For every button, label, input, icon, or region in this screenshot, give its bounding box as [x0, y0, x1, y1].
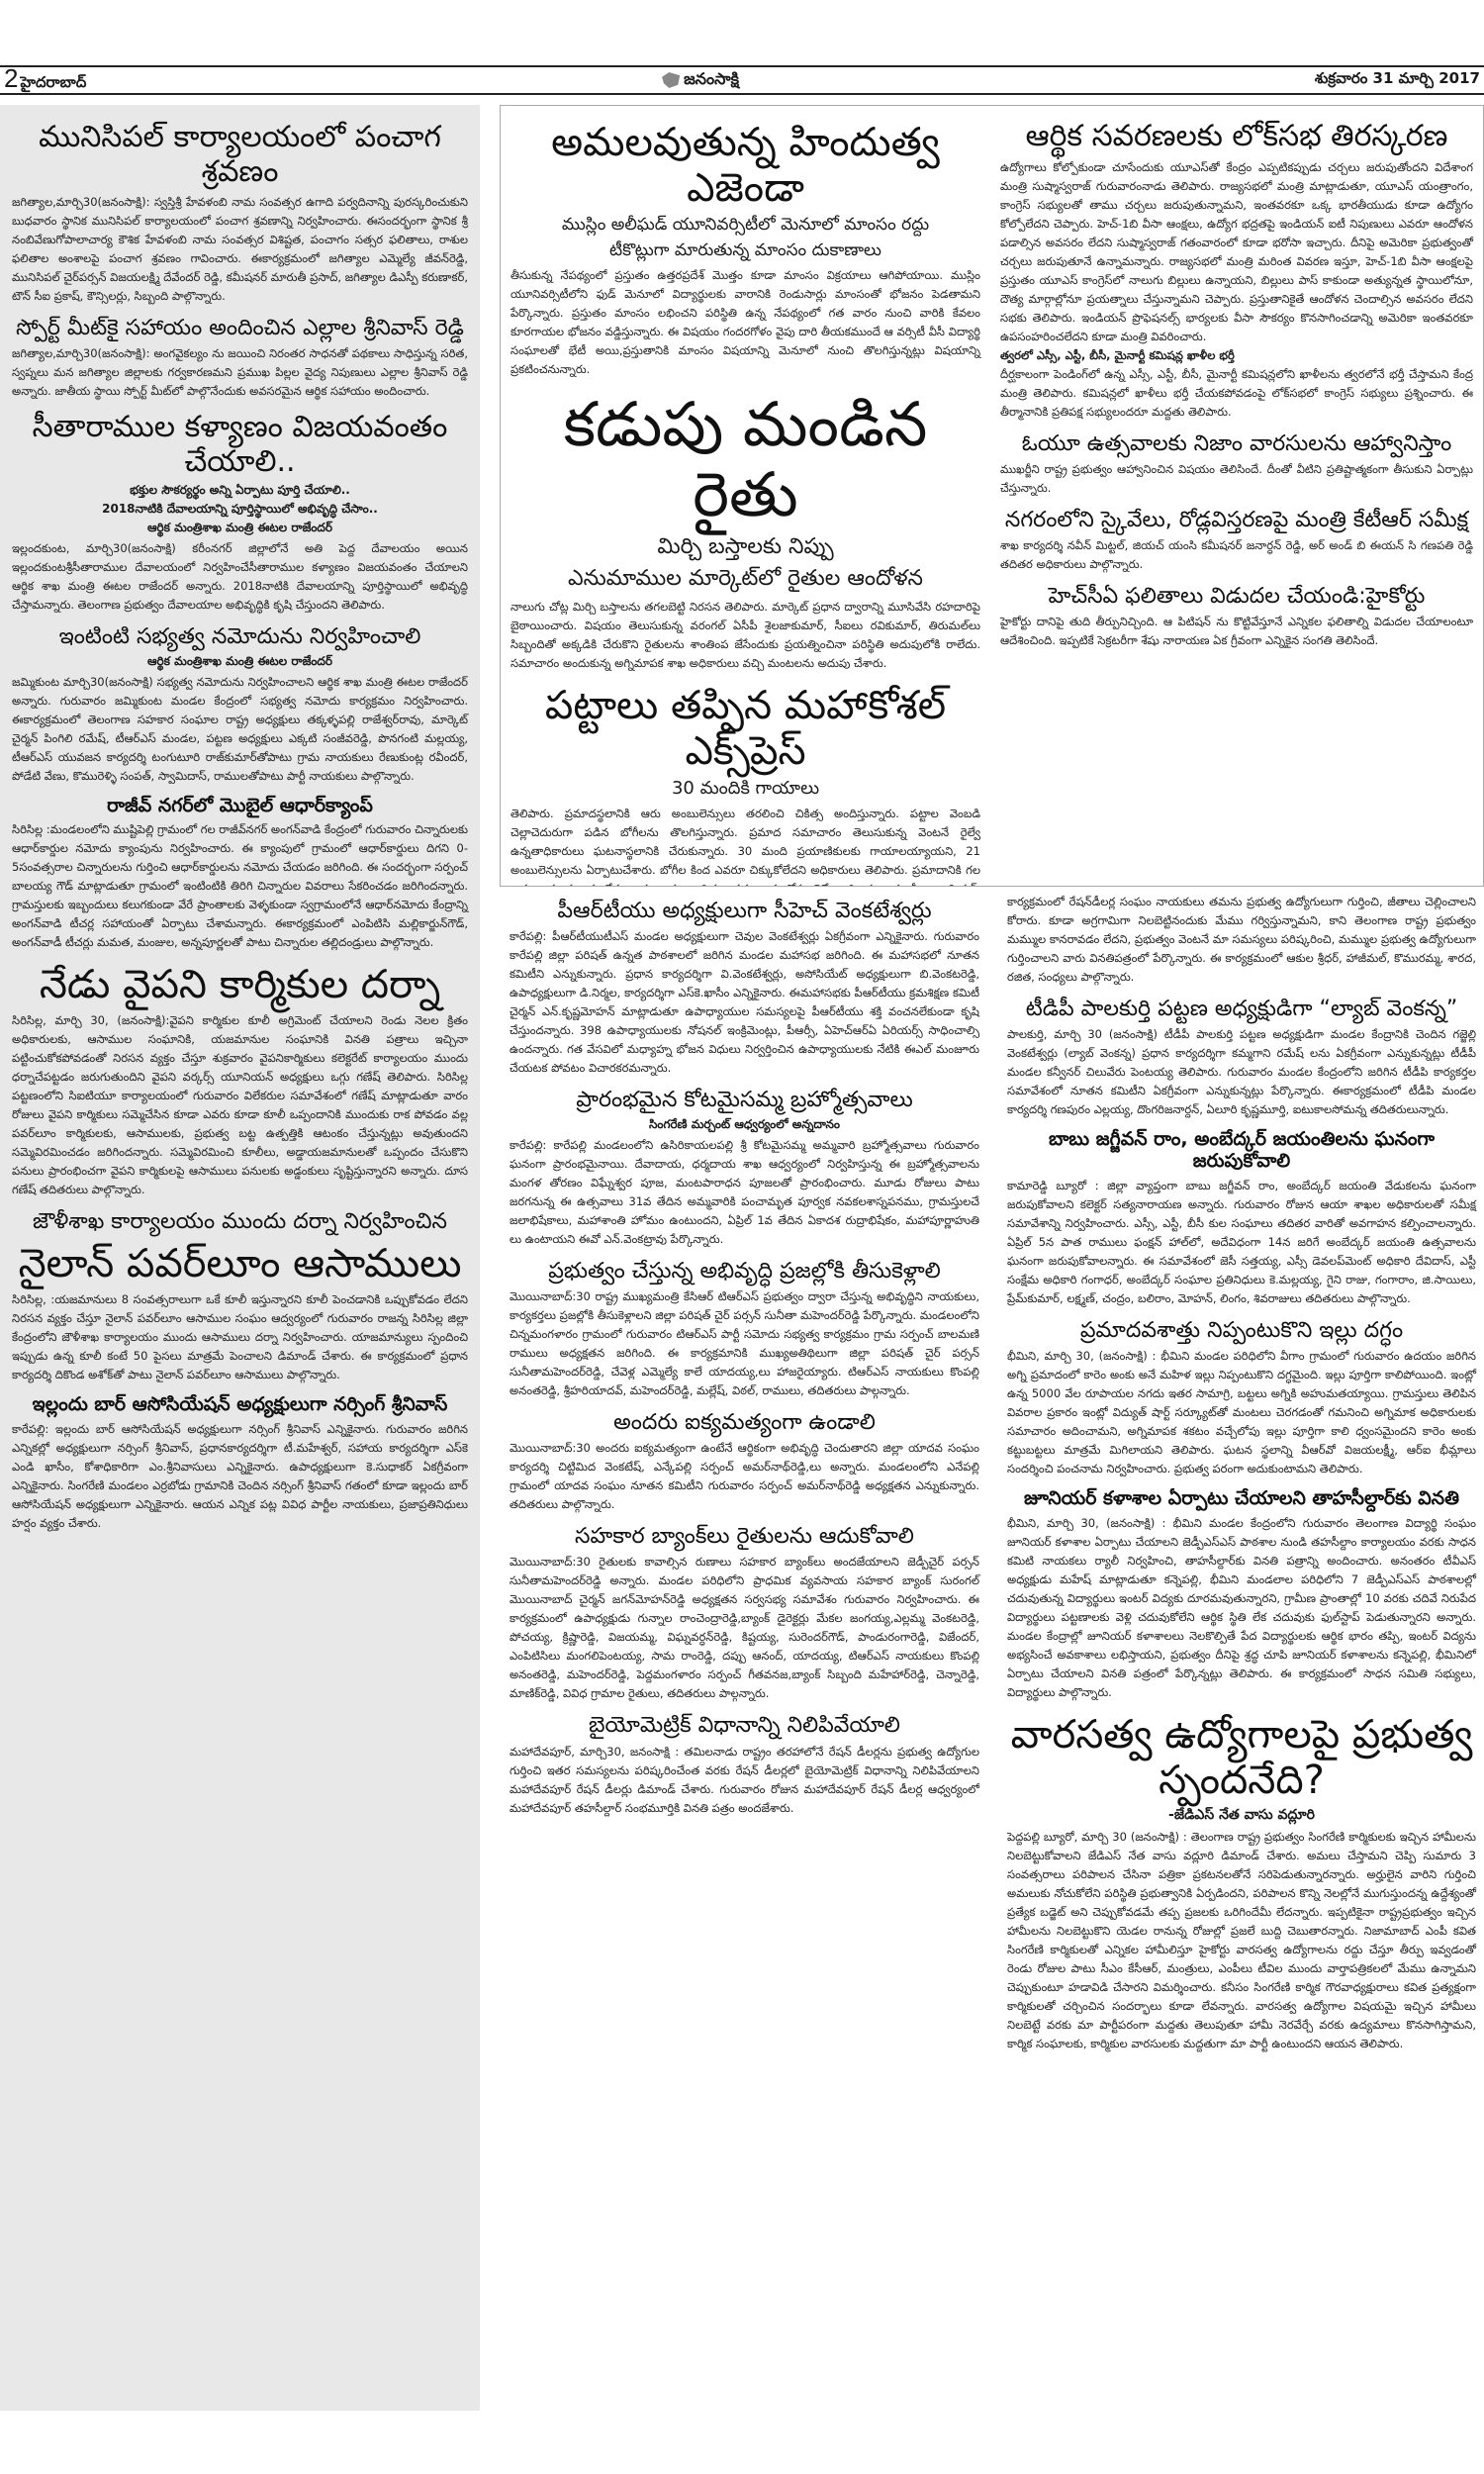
article: కార్యక్రమంలో రేషన్‌డీలర్ల సంఘం నాయకులు త… [1007, 893, 1476, 987]
article-body: హైకోర్టు దానిపై తుది తీర్పునిచ్చింది. ఆ … [1000, 613, 1473, 650]
article-headline-secondary: నైలాన్ పవర్‌లూం ఆసాములు [12, 1241, 468, 1286]
article: అమలవుతున్న హిందుత్వ ఎజెండా ముస్లిం అలీఘడ… [510, 120, 980, 379]
page-number: 2 [4, 65, 18, 91]
article-body: జమ్మికుంట మార్చి30(జనంసాక్షి) సభ్యత్వ నమ… [12, 673, 468, 786]
article: స్పోర్ట్ మీట్‌కై సహాయం అందించిన ఎల్లాల శ… [12, 316, 468, 401]
featured-left: అమలవుతున్న హిందుత్వ ఎజెండా ముస్లిం అలీఘడ… [501, 106, 990, 886]
article: జౌళీశాఖ కార్యాలయం ముందు దర్నా నిర్వహించి… [12, 1209, 468, 1383]
article-headline: జూనియర్ కళాశాల ఏర్పాటు చేయాలని తాహసీల్దా… [1007, 1488, 1476, 1510]
article-headline: ఆర్థిక సవరణలకు లోక్‌సభ తిరస్కరణ [1000, 120, 1473, 154]
article-headline: ఓయూ ఉత్సవాలకు నిజాం వారసులను ఆహ్వానిస్తా… [1000, 431, 1473, 456]
article-body: శాఖ కార్యదర్శి నవీన్ మిట్టల్, జియచ్ యంసి… [1000, 536, 1473, 574]
article: టీడిపీ పాలకుర్తి పట్టణ అధ్యక్షుడిగా “ల్య… [1007, 997, 1476, 1119]
article-body: తీసుకున్న నేపథ్యంలో ప్రస్తుతం ఉత్తరప్రదే… [510, 266, 980, 379]
article-byline: -జేడిఎస్ నేత వాసు వద్లూరి [1007, 1807, 1476, 1826]
article: ప్రారంభమైన కోటమైసమ్మ బ్రహ్మోత్సవాలు సింగ… [510, 1088, 979, 1248]
masthead-left: 2 హైదరాబాద్ [4, 65, 86, 95]
article-headline: బైయోమెట్రిక్ విధానాన్ని నిలిపివేయాలి [510, 1713, 979, 1738]
article-headline: నగరంలోని స్కైవేలు, రోడ్లవిస్తరణపై మంత్రి… [1000, 508, 1473, 532]
article-headline: నేడు వైపని కార్మికుల దర్నా [12, 962, 468, 1007]
article-body: సిరిసిల్ల, మార్చి 30, (జనంసాక్షి):వైపని … [12, 1011, 468, 1199]
article: హెచ్‌సీఏ ఫలితాలు విడుదల చేయండి:హైకోర్టు … [1000, 584, 1473, 650]
article-body: పెద్దపల్లి బ్యూరో, మార్చి 30 (జనంసాక్షి)… [1007, 1828, 1476, 2053]
article: రాజీవ్ నగర్‌లో మొబైల్ ఆధార్‌క్యాంప్ సిరి… [12, 796, 468, 953]
article-body: కారేపల్లి: కారేపల్లి మండలంలోని ఉసిరికాయల… [510, 1136, 979, 1249]
article-headline: బాబు జగ్జీవన్ రాం, అంబేద్కర్ జయంతిలను ఘన… [1007, 1129, 1476, 1173]
article-subhead: భక్తుల సౌకర్యర్థం అన్ని ఏర్పాటు పూర్తి చ… [12, 483, 468, 500]
article-body: కారేపల్లి: ఇల్లందు బార్ ఆసోసియేషన్ అధ్యక… [12, 1420, 468, 1533]
article-body: దీర్ఘకాలంగా పెండింగ్‌లో ఉన్న ఎస్సీ, ఎస్ట… [1000, 365, 1473, 422]
article-subhead: ఆర్థిక మంత్రిశాఖ మంత్రి ఈటల రాజేందర్ [12, 521, 468, 537]
article: జూనియర్ కళాశాల ఏర్పాటు చేయాలని తాహసీల్దా… [1007, 1488, 1476, 1702]
article-body: నాలుగు చోట్ల మిర్చి బస్తాలను తగలబెట్టి న… [510, 598, 980, 673]
article: మునిసిపల్ కార్యాలయంలో పంచాగ శ్రవణం జగిత్… [12, 121, 468, 306]
article: నగరంలోని స్కైవేలు, రోడ్లవిస్తరణపై మంత్రి… [1000, 508, 1473, 574]
left-column: మునిసిపల్ కార్యాలయంలో పంచాగ శ్రవణం జగిత్… [0, 105, 480, 2411]
featured-right: ఆర్థిక సవరణలకు లోక్‌సభ తిరస్కరణ ఉద్యోగాల… [990, 106, 1483, 886]
article-body: భీమిని, మార్చి 30, (జనంసాక్షి) : భీమిని … [1007, 1514, 1476, 1702]
article: కడుపు మండిన రైతు మిర్చి బస్తాలకు నిప్పు … [510, 389, 980, 673]
article-headline: కడుపు మండిన రైతు [510, 389, 980, 530]
section-name: హైదరాబాద్ [20, 73, 86, 95]
article: వారసత్వ ఉద్యోగాలపై ప్రభుత్వ స్పందనేది? -… [1007, 1712, 1476, 2053]
article: ఓయూ ఉత్సవాలకు నిజాం వారసులను ఆహ్వానిస్తా… [1000, 431, 1473, 498]
article-subhead: ఆర్థిక మంత్రిశాఖ మంత్రి ఈటల రాజేందర్ [12, 654, 468, 671]
article-headline: పీఆర్‌టీయు అధ్యక్షులుగా సీహెచ్ వెంకటేశ్వ… [510, 899, 979, 923]
article-headline: ఇంటింటి సభ్యత్వ నమోదును నిర్వహించాలి [12, 624, 468, 649]
article-headline: టీడిపీ పాలకుర్తి పట్టణ అధ్యక్షుడిగా “ల్య… [1007, 997, 1476, 1021]
brand-name: జనంసాక్షి [684, 69, 739, 92]
article-body: తెలిపారు. ప్రమాదస్థలానికి ఆరు అంబులెన్సు… [510, 805, 980, 886]
article-body: జగిత్యాల,మార్చి30(జనంసాక్షి): స్వస్తిశ్ర… [12, 193, 468, 306]
article-body: కార్యక్రమంలో రేషన్‌డీలర్ల సంఘం నాయకులు త… [1007, 893, 1476, 987]
article: బైయోమెట్రిక్ విధానాన్ని నిలిపివేయాలి మహా… [510, 1713, 979, 1817]
article: సీతారాముల కళ్యాణం విజయవంతం చేయాలి.. భక్త… [12, 411, 468, 615]
middle-column: పీఆర్‌టీయు అధ్యక్షులుగా సీహెచ్ వెంకటేశ్వ… [500, 893, 989, 2411]
article: సహకార బ్యాంక్‌లు రైతులను ఆదుకోవాలి మొయిన… [510, 1524, 979, 1703]
article: ప్రమాదవశాత్తు నిప్పంటుకొని ఇల్లు దగ్ధం భ… [1007, 1318, 1476, 1478]
article-body: భీమిని, మార్చి 30, (జనంసాక్షి) : భీమిని … [1007, 1347, 1476, 1478]
article: ఇల్లందు బార్ ఆసోసియేషన్ అధ్యక్షులుగా నర్… [12, 1394, 468, 1533]
article-headline: జౌళీశాఖ కార్యాలయం ముందు దర్నా నిర్వహించి… [12, 1209, 468, 1234]
article-subhead: ముస్లిం అలీఘడ్ యూనివర్సిటీలో మెనూలో మాంస… [510, 215, 980, 238]
issue-date: శుక్రవారం 31 మార్చి 2017 [1315, 69, 1480, 91]
article-headline: వారసత్వ ఉద్యోగాలపై ప్రభుత్వ స్పందనేది? [1007, 1712, 1476, 1803]
article-headline: ప్రభుత్వం చేస్తున్న అభివృద్ధి ప్రజల్లోకి… [510, 1259, 979, 1284]
article-body: సిరిసిల్ల :మండలంలోని ముష్టిపెల్లి గ్రామం… [12, 820, 468, 952]
article-body: ఉద్యోగాలు కోల్పోకుండా చూసేందుకు యూఎస్‌తో… [1000, 158, 1473, 346]
article: బాబు జగ్జీవన్ రాం, అంబేద్కర్ జయంతిలను ఘన… [1007, 1129, 1476, 1308]
article-body: జగిత్యాల,మార్చి30(జనంసాక్షి): అంగవైకల్యం… [12, 344, 468, 401]
article: పీఆర్‌టీయు అధ్యక్షులుగా సీహెచ్ వెంకటేశ్వ… [510, 899, 979, 1078]
article-headline: పట్టాలు తప్పిన మహాకోశల్ ఎక్స్‌ప్రెస్ [510, 683, 980, 774]
article-headline: రాజీవ్ నగర్‌లో మొబైల్ ఆధార్‌క్యాంప్ [12, 796, 468, 817]
article-headline: సీతారాముల కళ్యాణం విజయవంతం చేయాలి.. [12, 411, 468, 479]
article-body: మొయినాబాద్:30 రాష్ట్ర ముఖ్యమంత్రి కేసిఆర… [510, 1287, 979, 1400]
article-subhead: మిర్చి బస్తాలకు నిప్పు [510, 534, 980, 564]
article-subhead: ఎనుమాముల మార్కెట్‌లో రైతుల ఆందోళన [510, 566, 980, 596]
article: పట్టాలు తప్పిన మహాకోశల్ ఎక్స్‌ప్రెస్ 30 … [510, 683, 980, 886]
article-body: పాలకుర్తి, మార్చి 30 (జనంసాక్షి) టీడీపీ … [1007, 1025, 1476, 1119]
telangana-map-logo-icon [662, 72, 680, 88]
article-subhead: 30 మందికి గాయాలు [510, 778, 980, 803]
article: ఇంటింటి సభ్యత్వ నమోదును నిర్వహించాలి ఆర్… [12, 624, 468, 785]
featured-box: అమలవుతున్న హిందుత్వ ఎజెండా ముస్లిం అలీఘడ… [500, 105, 1484, 887]
article-subhead: సింగరేణి మర్చంట్ ఆధ్వర్యంలో అన్నదానం [510, 1117, 979, 1134]
article-headline: ప్రారంభమైన కోటమైసమ్మ బ్రహ్మోత్సవాలు [510, 1088, 979, 1112]
article-body: మొయినాబాద్:30 రైతులకు కావాల్సిన రుణాలు స… [510, 1553, 979, 1703]
article-headline: మునిసిపల్ కార్యాలయంలో పంచాగ శ్రవణం [12, 121, 468, 189]
newspaper-brand: జనంసాక్షి [662, 69, 739, 92]
article: నేడు వైపని కార్మికుల దర్నా సిరిసిల్ల, మా… [12, 962, 468, 1199]
article-body: మహాదేవపూర్, మార్చి30, జనంసాక్షి : తమిలనా… [510, 1743, 979, 1818]
masthead: 2 హైదరాబాద్ జనంసాక్షి శుక్రవారం 31 మార్చ… [0, 65, 1484, 95]
article-headline: స్పోర్ట్ మీట్‌కై సహాయం అందించిన ఎల్లాల శ… [12, 316, 468, 340]
article-headline: ప్రమాదవశాత్తు నిప్పంటుకొని ఇల్లు దగ్ధం [1007, 1318, 1476, 1343]
article-inline-subhead: త్వరలో ఎస్సీ, ఎస్టీ, బీసీ, మైనార్టీ కమిష… [1000, 346, 1473, 365]
article-subhead: 2018నాటికి దేవాలయాన్ని పూర్తిస్థాయిలో అభ… [12, 502, 468, 519]
article-body: మొయినాబాద్:30 అందరు ఐక్యమత్యంగా ఉంటేనే ఆ… [510, 1439, 979, 1514]
article-headline: ఇల్లందు బార్ ఆసోసియేషన్ అధ్యక్షులుగా నర్… [12, 1394, 468, 1416]
article-body: సిరిసిల్ల, :యజమానులు 8 సంవత్సరాలుగా ఒకే … [12, 1290, 468, 1384]
article-body: ఇల్లందకుంట, మార్చి30(జనంసాక్షి) కరీంనగర్… [12, 539, 468, 615]
article-headline: అందరు ఐక్యమత్యంగా ఉండాలి [510, 1410, 979, 1435]
article-subhead: టీకొట్లుగా మారుతున్న మాంసం దుకాణాలు [510, 240, 980, 264]
article-headline: హెచ్‌సీఏ ఫలితాలు విడుదల చేయండి:హైకోర్టు [1000, 584, 1473, 609]
article: ప్రభుత్వం చేస్తున్న అభివృద్ధి ప్రజల్లోకి… [510, 1259, 979, 1400]
article-body: ముఖర్జీని రాష్ట్ర ప్రభుత్వం ఆహ్వానించిన … [1000, 460, 1473, 498]
article: ఆర్థిక సవరణలకు లోక్‌సభ తిరస్కరణ ఉద్యోగాల… [1000, 120, 1473, 422]
article: అందరు ఐక్యమత్యంగా ఉండాలి మొయినాబాద్:30 అ… [510, 1410, 979, 1514]
article-headline: అమలవుతున్న హిందుత్వ ఎజెండా [510, 120, 980, 211]
article-body: కామారెడ్డి బ్యూరో : జిల్లా వ్యాప్తంగా బా… [1007, 1177, 1476, 1308]
article-body: కారేపల్లి: పీఆర్‌టీయుటీఎస్ మండల అధ్యక్షు… [510, 927, 979, 1078]
article-headline: సహకార బ్యాంక్‌లు రైతులను ఆదుకోవాలి [510, 1524, 979, 1549]
right-column: కార్యక్రమంలో రేషన్‌డీలర్ల సంఘం నాయకులు త… [999, 893, 1484, 2411]
